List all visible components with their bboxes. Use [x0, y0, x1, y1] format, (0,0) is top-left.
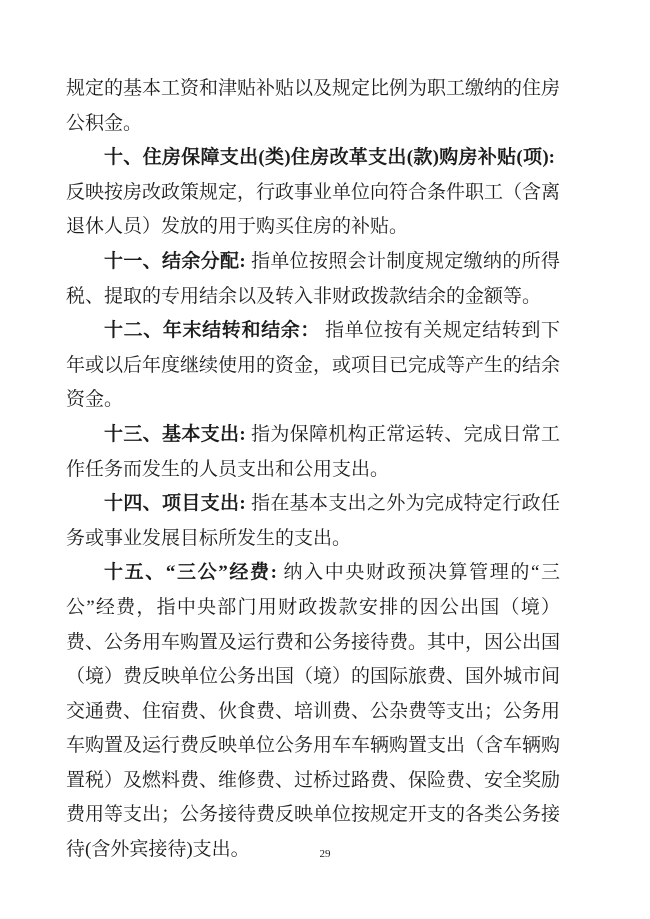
paragraph-body: 反映按房改政策规定，行政事业单位向符合条件职工（含离退休人员）发放的用于购买住房… — [66, 182, 560, 238]
document-text-block: 规定的基本工资和津贴补贴以及规定比例为职工缴纳的住房公积金。 十、住房保障支出(… — [66, 72, 560, 868]
paragraph-section-12: 十二、年末结转和结余：指单位按有关规定结转到下年或以后年度继续使用的资金，或项目… — [66, 314, 560, 418]
paragraph-section-10: 十、住房保障支出(类)住房改革支出(款)购房补贴(项):反映按房改政策规定，行政… — [66, 141, 560, 245]
paragraph-body: 纳入中央财政预决算管理的“三公”经费，指中央部门用财政拨款安排的因公出国（境）费… — [66, 562, 560, 860]
paragraph-continuation: 规定的基本工资和津贴补贴以及规定比例为职工缴纳的住房公积金。 — [66, 72, 560, 141]
paragraph-lead: 十三、基本支出: — [104, 424, 246, 445]
paragraph-section-11: 十一、结余分配:指单位按照会计制度规定缴纳的所得税、提取的专用结余以及转入非财政… — [66, 245, 560, 314]
paragraph-lead: 十二、年末结转和结余： — [104, 320, 320, 341]
paragraph-lead: 十、住房保障支出(类)住房改革支出(款)购房补贴(项): — [104, 147, 555, 168]
paragraph-lead: 十四、项目支出: — [104, 493, 246, 514]
paragraph-section-15: 十五、“三公”经费:纳入中央财政预决算管理的“三公”经费，指中央部门用财政拨款安… — [66, 556, 560, 867]
document-page: 规定的基本工资和津贴补贴以及规定比例为职工缴纳的住房公积金。 十、住房保障支出(… — [0, 0, 650, 919]
paragraph-lead: 十五、“三公”经费: — [104, 562, 277, 583]
paragraph-lead: 十一、结余分配: — [104, 251, 246, 272]
paragraph-body: 规定的基本工资和津贴补贴以及规定比例为职工缴纳的住房公积金。 — [66, 78, 560, 134]
paragraph-section-13: 十三、基本支出:指为保障机构正常运转、完成日常工作任务而发生的人员支出和公用支出… — [66, 418, 560, 487]
page-number: 29 — [0, 847, 650, 861]
paragraph-section-14: 十四、项目支出:指在基本支出之外为完成特定行政任务或事业发展目标所发生的支出。 — [66, 487, 560, 556]
